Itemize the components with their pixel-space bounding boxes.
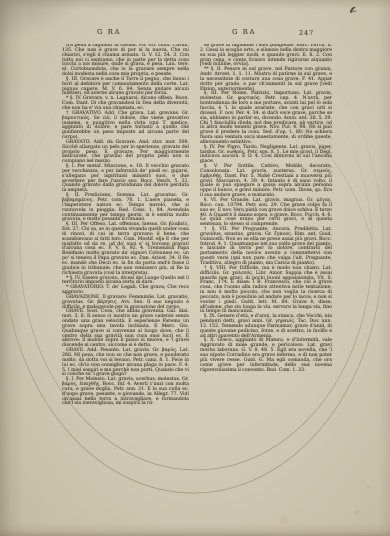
dictionary-paragraph: §. IV. Per Pigro, Tardo, Negligente. Lat…	[200, 146, 332, 165]
running-head-right: G RA	[232, 28, 256, 36]
pen-mark	[350, 7, 357, 13]
dictionary-paragraph: † GRAVATIVO. Add. Che grava. Lat. gravan…	[62, 112, 189, 141]
dictionary-paragraph: GRAVE. Sost. Cosa, che abbia gravezza. G…	[62, 310, 189, 349]
foxing-stains	[280, 485, 371, 525]
dictionary-paragraph: §. III. Per Offeso. Lat. offensus, laesu…	[62, 223, 189, 276]
dictionary-paragraph: §. VI. Per Grande. Lat. gravis, magnus. …	[200, 199, 332, 228]
running-head-left: G RA	[97, 28, 121, 36]
dictionary-paragraph: §. V. Per Sottile, Cattivo, Mobile, deco…	[200, 165, 332, 199]
text-column-right: se grave di lagnabile i suoi pungenze. B…	[200, 44, 332, 424]
dictionary-paragraph: §. III. Per Nome, Patrizio, Importuno. L…	[200, 92, 332, 145]
page-number: 247	[299, 29, 314, 37]
dictionary-paragraph: ** §. II. Pesare in sul grave, nel Pasto…	[200, 68, 332, 92]
dictionary-paragraph: §. IX. Genere d'età, e d'anni, la stanca…	[200, 315, 332, 339]
dictionary-paragraph: se grave di lagnabile i suoi pungenze. B…	[200, 44, 332, 68]
dictionary-paragraph: §. X. Greco, aggiunto di Matera, e d'Inf…	[200, 339, 332, 373]
dictionary-paragraph: §. I. Per metaf. Mincione, e. 18. Il vec…	[62, 165, 189, 194]
dictionary-paragraph: † §. VIII. Per Difficile, ma è modo non …	[200, 267, 332, 315]
text-column-left: tra pena a ragionar ai cavalli. Fir. ori…	[62, 44, 189, 420]
dictionary-paragraph: GRAVATO. Add. da Gravare. And. stor. mor…	[62, 141, 189, 165]
dictionary-paragraph: §. II. Predicione, Somma. Lat. gravatus.…	[62, 194, 189, 223]
book-page: G RA G RA 247 tra pena a ragionar ai cav…	[0, 0, 390, 536]
dictionary-paragraph: † §. VII. Per Pregnante, Ancora, Predile…	[200, 228, 332, 267]
dictionary-paragraph: §. I. Per Molesto. Lat. gravis, acerbus,…	[62, 378, 189, 407]
dictionary-paragraph: * §. IV. Gravare, v. n. Lagnarsi; dicono…	[62, 97, 189, 112]
dictionary-paragraph: GRAVE. Add. Pesante. Lat. gravis. Gr. βα…	[62, 349, 189, 378]
dictionary-paragraph: §. III. Gravare è anche il Torre il pegn…	[62, 78, 189, 97]
dictionary-paragraph: tra pena a ragionar ai cavalli. Fir. ori…	[62, 44, 189, 78]
